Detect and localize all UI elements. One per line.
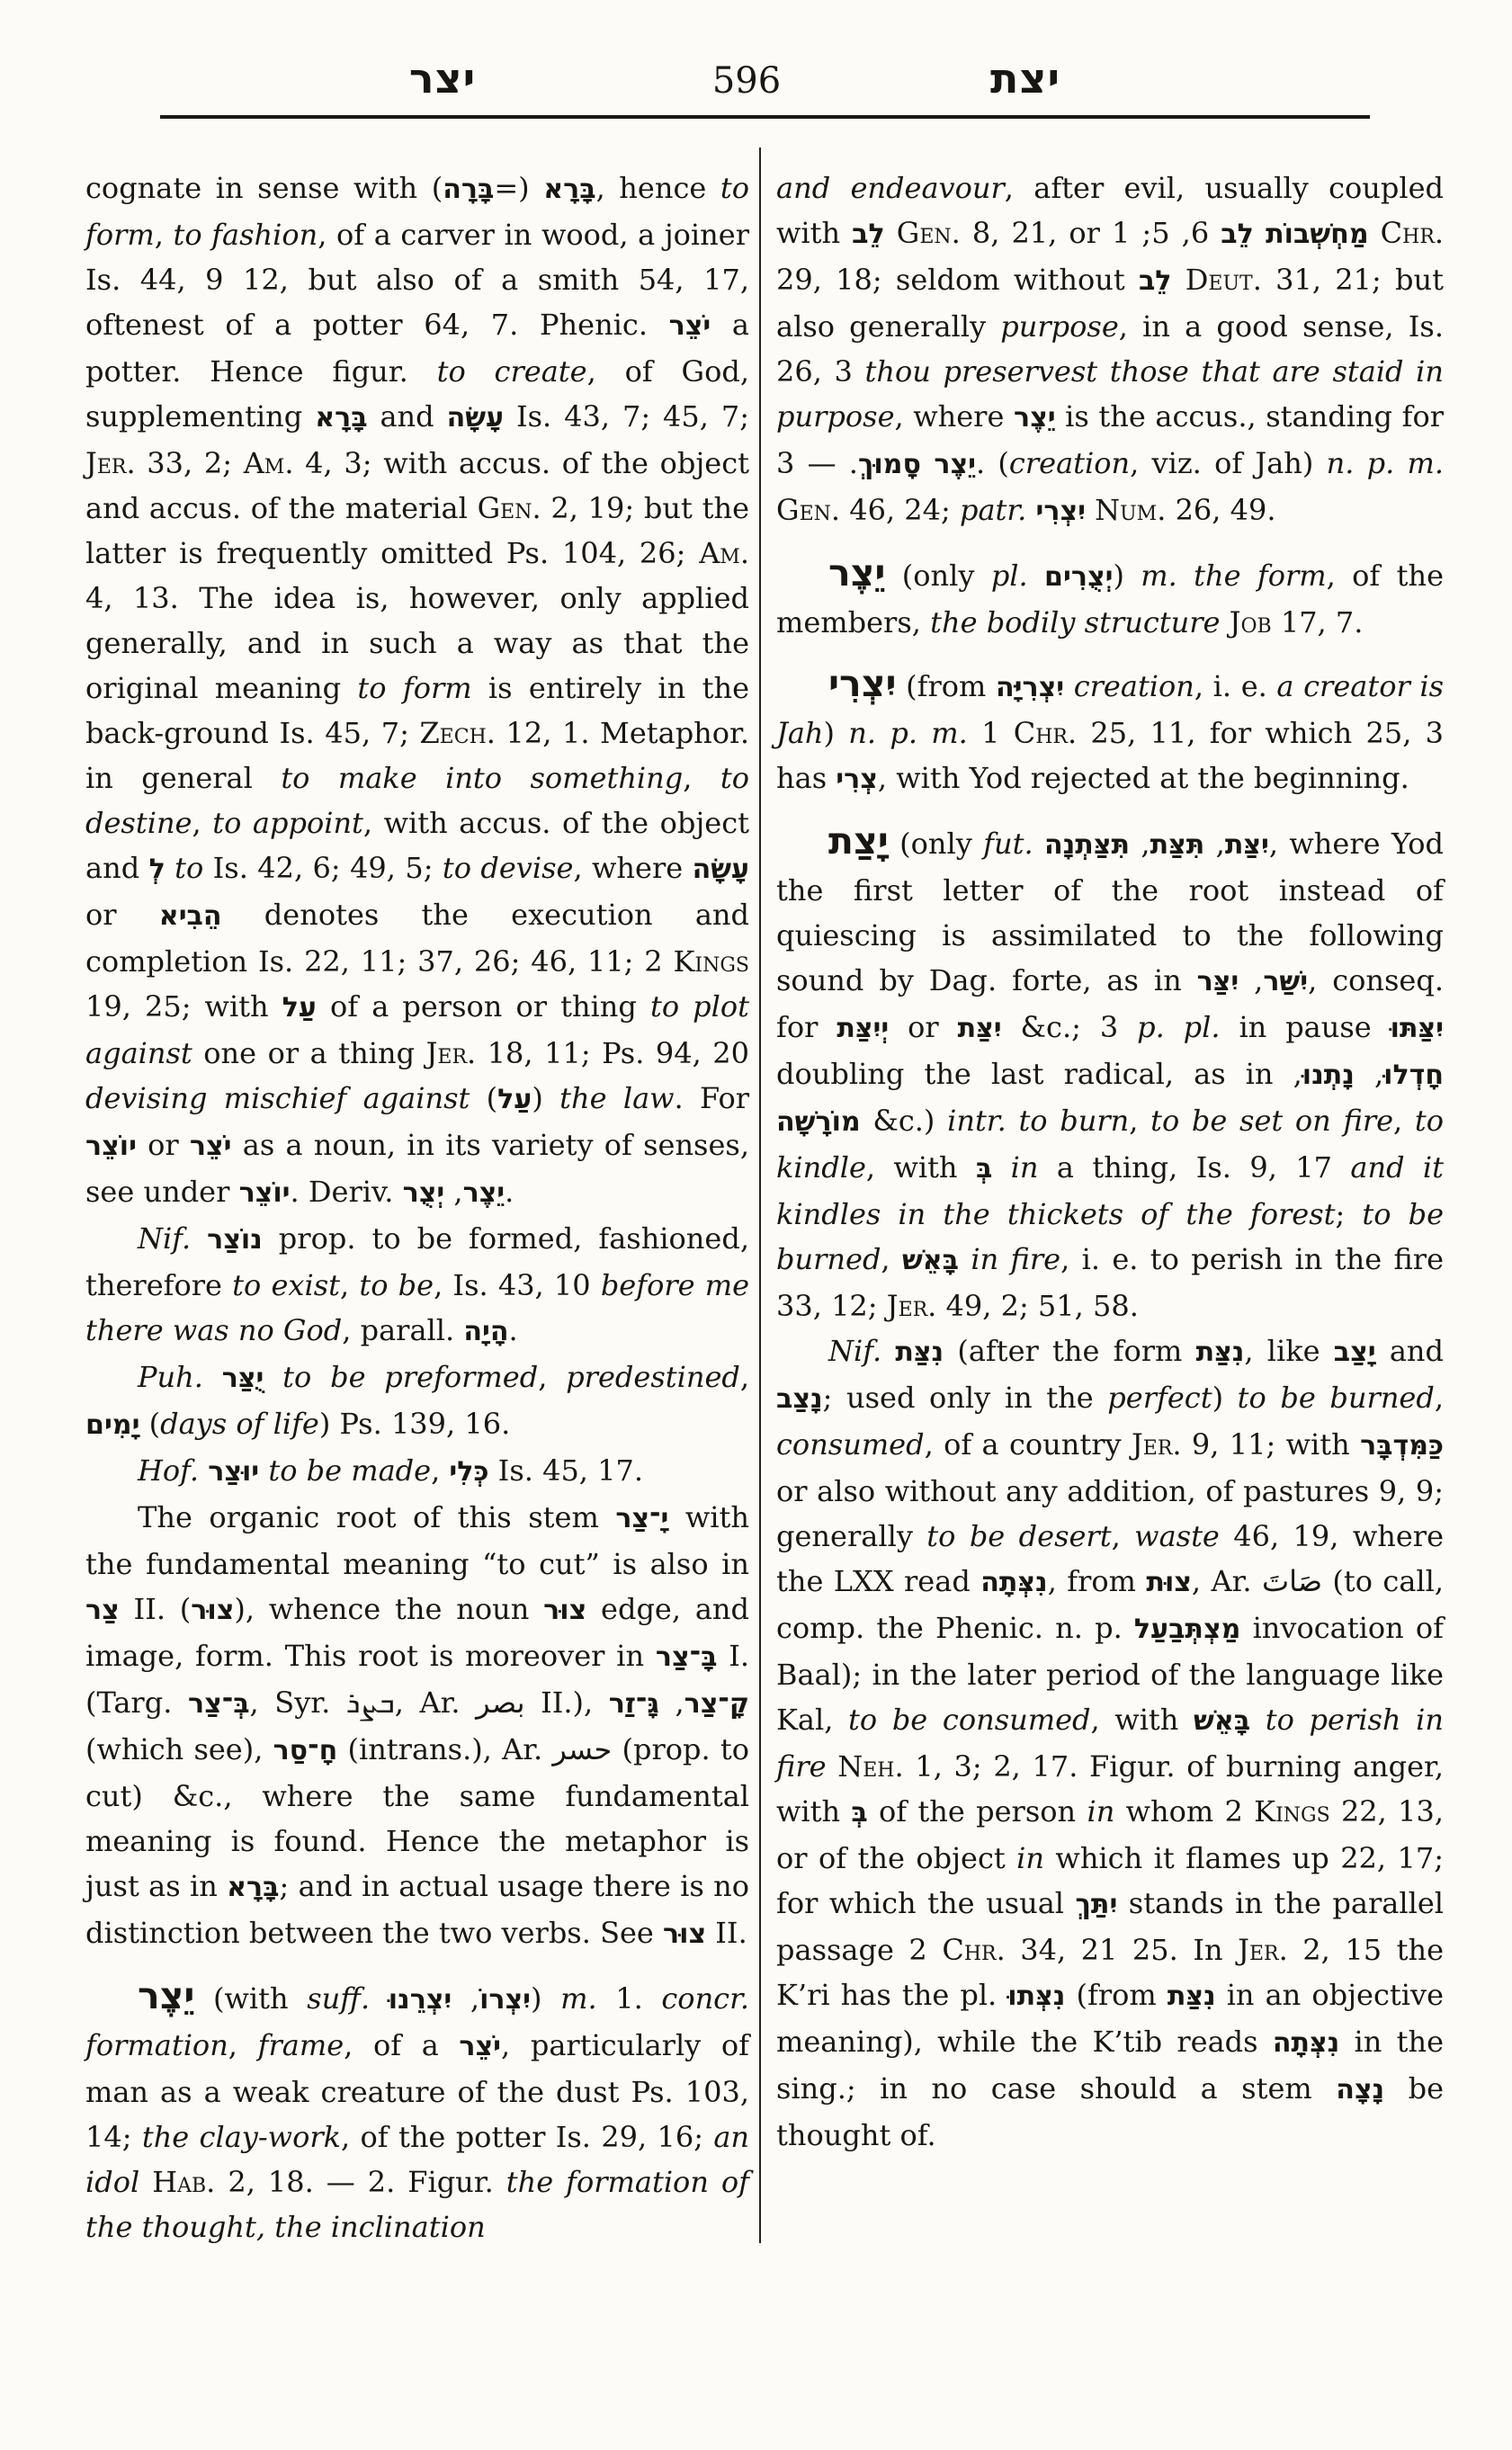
text-run: ,: [1112, 1519, 1135, 1553]
text-run: a thing, Is. 9, 17: [1039, 1150, 1351, 1185]
text-run: 9, 11; with: [1182, 1427, 1360, 1462]
text-run: ,: [431, 1453, 449, 1488]
reference-text: Jer.: [85, 446, 136, 480]
italic-text: formation: [85, 2028, 228, 2062]
italic-text: to be preformed: [282, 1360, 538, 1394]
italic-text: n. p. m.: [1327, 446, 1444, 480]
text-run: 46, 24;: [840, 493, 960, 527]
italic-text: purpose: [1000, 309, 1119, 344]
text-run: (: [470, 1081, 497, 1115]
text-run: ): [531, 1981, 560, 2016]
text-run: [1033, 827, 1044, 861]
paragraph: יִצְרִי (from יִצְרִיָּה creation, i. e.…: [776, 661, 1444, 802]
hebrew-text: כַּמִּדְבָּר: [1360, 1430, 1444, 1462]
italic-text: devising mischief against: [85, 1081, 470, 1115]
text-run: is the accus., standing for: [1056, 399, 1444, 434]
text-run: (only: [889, 827, 983, 861]
text-run: ,: [1129, 1104, 1150, 1138]
right-column: and endeavour, after evil, usually coupl…: [776, 165, 1444, 2249]
text-run: , like: [1244, 1334, 1333, 1368]
italic-text: creation: [1009, 446, 1130, 480]
hebrew-text: יֵצֶר: [828, 551, 885, 595]
text-run: [1172, 263, 1185, 297]
hebrew-text: בָּרָא: [315, 402, 367, 434]
italic-text: to form: [357, 671, 471, 705]
hebrew-text: לֵב: [852, 219, 885, 250]
italic-text: in: [1087, 1794, 1114, 1829]
hebrew-text: נִצְּתָה: [980, 1567, 1047, 1598]
text-run: ,: [740, 1360, 749, 1394]
reference-text: Gen.: [478, 491, 541, 525]
hebrew-text: יֹצֵר: [190, 1131, 232, 1162]
reference-text: Am.: [244, 446, 294, 480]
text-run: , Is. 43, 10: [434, 1268, 601, 1302]
text-run: (from: [897, 669, 996, 703]
text-run: , with: [1090, 1703, 1194, 1737]
hebrew-text: יוֹצֵר: [85, 1131, 137, 1162]
text-run: ,: [1393, 1104, 1415, 1138]
italic-text: m.: [1141, 559, 1177, 593]
italic-text: to devise: [443, 851, 574, 885]
hebrew-text: עַל: [497, 1084, 532, 1115]
hebrew-text: יֻצַּר: [222, 1363, 264, 1394]
text-run: ): [824, 716, 849, 750]
text-run: or: [889, 1010, 957, 1044]
italic-text: to make into something: [281, 761, 683, 795]
hebrew-text: חָדְלוּ: [1383, 1060, 1444, 1091]
text-run: ,: [1239, 963, 1263, 997]
hebrew-text: יְיִצַּת: [837, 1013, 889, 1044]
hebrew-text: נִצְּתוּ: [1007, 1981, 1065, 2012]
italic-text: to be burned: [1238, 1381, 1435, 1415]
text-run: ,: [155, 218, 174, 252]
text-run: ,: [452, 1981, 479, 2016]
hebrew-text: יִצְרוֹ: [479, 1984, 531, 2016]
italic-text: to be set on fire: [1150, 1104, 1393, 1138]
hebrew-text: לֵב: [1139, 265, 1172, 297]
hebrew-text: מַחְשְׁבוֹת לֵב: [1221, 219, 1368, 250]
text-run: . Deriv.: [291, 1175, 403, 1209]
paragraph: יֵצֶר (only pl. יְצֻרִים) m. the form, o…: [776, 550, 1444, 645]
text-run: whom 2: [1114, 1794, 1254, 1829]
text-run: [259, 1453, 268, 1488]
text-run: ,: [1293, 1057, 1302, 1091]
text-run: ,: [444, 1175, 462, 1209]
text-run: [264, 1360, 282, 1394]
text-run: (only: [885, 559, 990, 593]
italic-text: in: [1011, 1150, 1039, 1185]
text-run: [881, 1334, 895, 1368]
italic-text: patr.: [960, 493, 1026, 527]
hebrew-text: יִצְרֵנוּ: [389, 1984, 452, 2016]
hebrew-text: תִּצַּתְנָה: [1044, 829, 1130, 861]
italic-text: the form: [1194, 559, 1327, 593]
hebrew-text: כְּלִי: [449, 1456, 488, 1488]
text-run: ; used only in the: [823, 1381, 1108, 1415]
text-run: , Ar.: [395, 1685, 476, 1720]
text-run: , parall.: [342, 1313, 463, 1347]
italic-text: Nif.: [138, 1221, 191, 1256]
text-run: , with: [866, 1150, 976, 1185]
hebrew-text: קָ־צַר: [684, 1688, 749, 1720]
header-rule: [160, 115, 1370, 119]
text-run: doubling the last radical, as in: [776, 1057, 1293, 1091]
lexicon-page: יצר 596 יצת cognate in sense with בָּרָא…: [0, 0, 1512, 2450]
text-run: ,: [228, 2028, 258, 2062]
hebrew-text: מַצְתְּבַעַל: [1134, 1614, 1240, 1645]
text-run: [885, 216, 897, 250]
hebrew-text: עָשָׂה: [693, 854, 749, 885]
reference-text: Gen.: [776, 493, 840, 527]
text-run: 17, 7.: [1272, 605, 1364, 639]
text-run: 26, 49.: [1166, 493, 1275, 527]
reference-text: Chr.: [1014, 716, 1077, 750]
text-run: 1: [968, 716, 1014, 750]
hebrew-text: נִצְּתָה: [1273, 2027, 1339, 2059]
running-headword-right: יצת: [990, 58, 1060, 99]
italic-text: creation: [1074, 669, 1194, 703]
text-run: [1028, 559, 1044, 593]
hebrew-text: יֵצֶר: [138, 1974, 194, 2017]
italic-text: concr.: [661, 1981, 749, 2016]
hebrew-text: יִצַּתּוּ: [1391, 1013, 1444, 1044]
hebrew-text: מוֹרָשָׁה: [776, 1106, 861, 1138]
hebrew-text: יִצַּת: [1225, 829, 1269, 861]
reference-text: Job: [1230, 605, 1272, 639]
hebrew-text: צְרִי: [836, 764, 878, 795]
syriac-text: ܒܨܪ: [346, 1685, 395, 1720]
hebrew-text: יָ־צַר: [615, 1503, 668, 1534]
hebrew-text: לְ: [149, 854, 166, 885]
hebrew-text: בָּ־צַר: [656, 1641, 718, 1673]
text-run: , viz. of Jah): [1130, 446, 1327, 480]
text-run: ,: [1435, 1381, 1444, 1415]
text-run: [827, 1749, 838, 1784]
hebrew-text: נִצַּת: [1168, 1981, 1216, 2012]
hebrew-text: עַל: [282, 992, 317, 1024]
italic-text: to be made: [268, 1453, 431, 1488]
italic-text: the clay-work: [142, 2120, 341, 2154]
hebrew-text: בְּ: [851, 1797, 867, 1829]
text-run: Is. 42, 6; 49, 5;: [203, 851, 443, 885]
text-run: ,: [659, 1685, 684, 1720]
reference-text: Neh.: [837, 1749, 903, 1784]
italic-text: to be: [359, 1268, 434, 1302]
text-run: .: [505, 1175, 514, 1209]
italic-text: predestined: [566, 1360, 740, 1394]
reference-text: Num.: [1095, 493, 1166, 527]
hebrew-text: בָּרָא: [543, 174, 595, 205]
hebrew-text: עָשָׂה: [447, 402, 504, 434]
text-run: ) Ps. 139, 16.: [319, 1407, 510, 1441]
text-run: and: [1376, 1334, 1444, 1368]
text-run: ,: [538, 1360, 566, 1394]
text-run: [1220, 605, 1229, 639]
hebrew-text: יָצַב: [1334, 1337, 1376, 1368]
italic-text: the bodily structure: [930, 605, 1220, 639]
italic-text: in: [1016, 1841, 1044, 1875]
text-run: [1250, 1703, 1266, 1737]
hebrew-text: בְּ־צַר: [188, 1688, 250, 1720]
italic-text: Hof.: [138, 1453, 199, 1488]
text-run: , with Yod rejected at the beginning.: [878, 761, 1409, 795]
italic-text: perfect: [1107, 1381, 1212, 1415]
reference-text: Hab.: [152, 2165, 215, 2199]
italic-text: in fire: [971, 1242, 1060, 1276]
reference-text: Am.: [699, 536, 749, 570]
hebrew-text: יֹצֵר: [459, 2031, 501, 2062]
italic-text: waste: [1134, 1519, 1220, 1553]
text-run: [1177, 559, 1194, 593]
text-run: II. (: [120, 1592, 192, 1626]
text-run: and: [368, 399, 447, 434]
hebrew-text: צַר: [85, 1595, 120, 1626]
hebrew-text: נָצָה: [1336, 2074, 1384, 2106]
text-run: of a person or thing: [317, 989, 650, 1024]
text-run: The organic root of this stem: [138, 1500, 615, 1534]
hebrew-text: יִצְרִיָּה: [996, 672, 1064, 703]
text-run: [139, 2165, 152, 2199]
text-run: ;: [1336, 1197, 1363, 1231]
hebrew-text: נוֹצַר: [207, 1224, 263, 1256]
hebrew-text: יָמִים: [85, 1409, 139, 1441]
italic-text: Nif.: [828, 1334, 881, 1368]
text-run: ,: [340, 1268, 359, 1302]
hebrew-text: בָּאֵשׁ: [1194, 1705, 1250, 1737]
text-run: (intrans.), Ar.: [337, 1732, 552, 1766]
reference-text: Chr.: [1381, 216, 1444, 250]
text-run: [370, 1981, 389, 2016]
reference-text: Gen.: [897, 216, 961, 250]
hebrew-text: יִצַּר: [1197, 966, 1239, 997]
text-run: 2, 18. — 2. Figur.: [215, 2165, 505, 2199]
hebrew-text: יִצַּת: [958, 1013, 1002, 1044]
italic-text: the law: [559, 1081, 674, 1115]
hebrew-text: יוֹצֵר: [239, 1177, 291, 1209]
hebrew-text: יֵצֶר סָמוּךְ: [858, 449, 976, 480]
hebrew-text: יָצַת: [828, 819, 889, 863]
reference-text: Chr.: [942, 1933, 1005, 1967]
text-run: &c.): [861, 1104, 947, 1138]
text-run: , of a country: [925, 1427, 1132, 1462]
hebrew-text: בְּ: [976, 1153, 992, 1185]
left-column: cognate in sense with בָּרָא (=בָּרָה), …: [85, 165, 749, 2249]
paragraph: The organic root of this stem יָ־צַר wit…: [85, 1495, 749, 1957]
text-run: (which see),: [85, 1732, 273, 1766]
italic-text: intr.: [947, 1104, 1007, 1138]
text-run: (: [139, 1407, 160, 1441]
text-run: . For: [675, 1081, 749, 1115]
text-run: of the person: [868, 1794, 1087, 1829]
text-run: [959, 1242, 971, 1276]
hebrew-text: בָּאֵשׁ: [902, 1245, 959, 1276]
text-run: cognate in sense with: [85, 171, 432, 205]
hebrew-text: יִתַּךְ: [1076, 1889, 1118, 1920]
reference-text: Kings: [1254, 1794, 1330, 1829]
italic-text: to burn: [1018, 1104, 1129, 1138]
text-run: [199, 1453, 208, 1488]
hebrew-text: צוּר: [663, 1918, 706, 1950]
text-run: ,: [683, 761, 720, 795]
text-run: ), whence the noun: [234, 1592, 543, 1626]
text-run: (after the form: [944, 1334, 1195, 1368]
hebrew-text: יִשַּׁר: [1263, 966, 1308, 997]
text-run: [203, 1360, 222, 1394]
text-run: in pause: [1221, 1010, 1391, 1044]
italic-text: to fashion: [174, 218, 318, 252]
italic-text: suff.: [307, 1981, 370, 2016]
text-run: .: [509, 1313, 518, 1347]
paragraph: Nif. נִצַּת (after the form נִצַּת, like…: [776, 1328, 1444, 2158]
text-run: , where: [573, 851, 692, 885]
italic-text: to be desert: [926, 1519, 1111, 1553]
text-run: or: [137, 1128, 190, 1162]
hebrew-text: יִצְרִי: [1036, 496, 1086, 527]
hebrew-text: יוּצַר: [208, 1456, 259, 1488]
italic-text: Puh.: [138, 1360, 203, 1394]
hebrew-text: גָּ־זַר: [609, 1688, 659, 1720]
hebrew-text: יֹצֵר: [669, 310, 711, 342]
hebrew-text: נָתְנוּ: [1302, 1060, 1355, 1091]
hebrew-text: יְצֻר: [403, 1177, 445, 1209]
hebrew-text: יֵצֶר: [463, 1177, 505, 1209]
hebrew-text: יִצְרִי: [828, 662, 897, 705]
text-columns: cognate in sense with בָּרָא (=בָּרָה), …: [0, 153, 1512, 2249]
text-run: (from: [1065, 1978, 1167, 2012]
text-run: , from: [1048, 1564, 1147, 1598]
italic-text: to: [174, 851, 203, 885]
italic-text: and endeavour: [776, 171, 1005, 205]
hebrew-text: בָּרָא: [227, 1872, 279, 1903]
paragraph: Hof. יוּצַר to be made, כְּלִי Is. 45, 1…: [85, 1448, 749, 1495]
page-number: 596: [712, 63, 781, 99]
italic-text: to create: [437, 354, 587, 389]
text-run: [1026, 493, 1035, 527]
text-run: 18, 11; Ps. 94, 20: [476, 1036, 749, 1070]
reference-text: Kings: [674, 944, 750, 979]
text-run: [1007, 1104, 1019, 1138]
hebrew-text: יְצֻרִים: [1044, 561, 1113, 593]
reference-text: Deut.: [1185, 263, 1262, 297]
hebrew-text: הֵבִיא: [159, 900, 222, 932]
reference-text: Jer.: [1238, 1933, 1288, 1967]
text-run: [992, 1150, 1010, 1185]
hebrew-text: צוּר: [543, 1595, 586, 1626]
reference-text: Jer.: [887, 1289, 937, 1323]
text-run: ): [1212, 1381, 1238, 1415]
text-run: , i. e.: [1194, 669, 1277, 703]
paragraph: and endeavour, after evil, usually coupl…: [776, 165, 1444, 534]
hebrew-text: בָּרָה: [443, 174, 494, 205]
hebrew-text: צוּר: [191, 1595, 234, 1626]
text-run: (=: [494, 171, 543, 205]
text-run: , Ar.: [1192, 1564, 1262, 1598]
hebrew-text: נִצַּת: [895, 1337, 944, 1368]
text-run: (with: [194, 1981, 307, 2016]
italic-text: to appoint: [212, 806, 363, 840]
italic-text: consumed: [776, 1427, 925, 1462]
text-run: [191, 1221, 207, 1256]
hebrew-text: נָצַב: [776, 1383, 823, 1415]
paragraph: יֵצֶר (with suff. יִצְרוֹ, יִצְרֵנוּ) m.…: [85, 1973, 749, 2249]
hebrew-text: נִצַּת: [1196, 1337, 1245, 1368]
running-headword-left: יצר: [409, 58, 476, 99]
italic-text: pl.: [991, 559, 1028, 593]
hebrew-text: הָיָה: [463, 1316, 508, 1347]
text-run: 29, 18; seldom without: [776, 263, 1139, 297]
text-run: , Syr.: [250, 1685, 346, 1720]
text-run: ): [1113, 559, 1141, 593]
text-run: , where: [895, 399, 1015, 434]
italic-text: m.: [560, 1981, 597, 2016]
arabic-text: بصر: [476, 1685, 524, 1720]
italic-text: n. p. m.: [848, 716, 968, 750]
paragraph: Nif. נוֹצַר prop. to be formed, fashione…: [85, 1216, 749, 1355]
text-run: [1064, 669, 1074, 703]
text-run: ): [532, 1081, 559, 1115]
text-run: &c.; 3: [1002, 1010, 1137, 1044]
reference-text: Zech.: [419, 716, 495, 750]
text-run: ,: [1355, 1057, 1383, 1091]
text-run: [166, 851, 174, 885]
italic-text: fut.: [983, 827, 1033, 861]
text-run: [1086, 493, 1095, 527]
reference-text: Jer.: [426, 1036, 477, 1070]
text-run: Is. 45, 17.: [489, 1453, 644, 1488]
text-run: ,: [192, 806, 212, 840]
italic-text: frame: [258, 2028, 344, 2062]
hebrew-text: תִּצַּת: [1150, 829, 1205, 861]
arabic-text: حسر: [552, 1732, 612, 1766]
hebrew-text: חָ־סַר: [273, 1735, 338, 1766]
text-run: , of the potter Is. 29, 16;: [341, 2120, 713, 2154]
text-run: , of a: [344, 2028, 459, 2062]
text-run: ,: [1204, 827, 1225, 861]
text-run: 19, 25; with: [85, 989, 282, 1024]
paragraph: cognate in sense with בָּרָא (=בָּרָה), …: [85, 165, 749, 1216]
text-run: 33, 2;: [136, 446, 244, 480]
text-run: one or a thing: [192, 1036, 426, 1070]
page-header: יצר 596 יצת: [0, 0, 1512, 153]
text-run: II.: [706, 1916, 747, 1950]
text-run: ,: [1130, 827, 1150, 861]
text-run: II.),: [524, 1685, 608, 1720]
text-run: 34, 21 25. In: [1006, 1933, 1238, 1967]
hebrew-text: צוּת: [1146, 1567, 1192, 1598]
text-run: 8, 21, or: [961, 216, 1112, 250]
paragraph: Puh. יֻצַּר to be preformed, predestined…: [85, 1355, 749, 1448]
italic-text: to be consumed: [848, 1703, 1090, 1737]
text-run: or: [85, 898, 159, 932]
text-run: 49, 2; 51, 58.: [936, 1289, 1139, 1323]
italic-text: days of life: [160, 1407, 319, 1441]
hebrew-text: יֵצֶר: [1014, 402, 1056, 434]
italic-text: to exist: [232, 1268, 340, 1302]
italic-text: p. pl.: [1137, 1010, 1220, 1044]
paragraph: יָצַת (only fut. יִצַּת, תִּצַּת, תִּצַּ…: [776, 818, 1444, 1328]
text-run: ,: [881, 1242, 902, 1276]
text-run: Is. 43, 7; 45, 7;: [504, 399, 749, 434]
text-run: 1.: [597, 1981, 662, 2016]
arabic-text: صَاتَ: [1262, 1564, 1322, 1598]
reference-text: Jer.: [1132, 1427, 1182, 1462]
